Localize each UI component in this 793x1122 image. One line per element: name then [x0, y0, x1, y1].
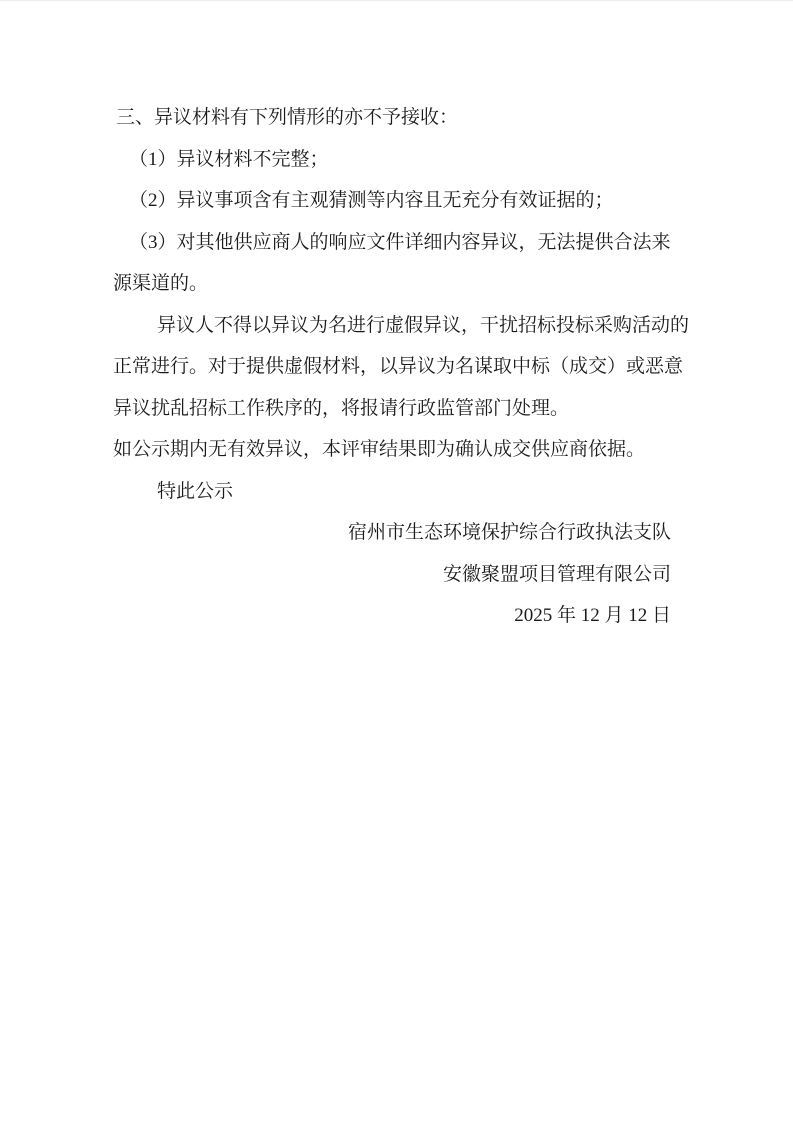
text-line-2: （1）异议材料不完整；	[113, 139, 678, 181]
text-line-9: 如公示期内无有效异议，本评审结果即为确认成交供应商依据。	[113, 429, 678, 471]
text-line-11: 宿州市生态环境保护综合行政执法支队	[113, 512, 678, 554]
document-page: 三、异议材料有下列情形的亦不予接收：（1）异议材料不完整；（2）异议事项含有主观…	[0, 0, 793, 1122]
text-line-3: （2）异议事项含有主观猜测等内容且无充分有效证据的；	[113, 180, 678, 222]
text-line-5: 源渠道的。	[113, 263, 678, 305]
text-line-4: （3）对其他供应商人的响应文件详细内容异议，无法提供合法来	[113, 222, 678, 264]
text-line-7: 正常进行。对于提供虚假材料，以异议为名谋取中标（成交）或恶意	[113, 346, 678, 388]
text-line-10: 特此公示	[113, 471, 678, 513]
text-line-1: 三、异议材料有下列情形的亦不予接收：	[113, 97, 678, 139]
document-text-block: 三、异议材料有下列情形的亦不予接收：（1）异议材料不完整；（2）异议事项含有主观…	[113, 97, 678, 637]
text-line-8: 异议扰乱招标工作秩序的，将报请行政监管部门处理。	[113, 388, 678, 430]
text-line-12: 安徽聚盟项目管理有限公司	[113, 554, 678, 596]
text-line-6: 异议人不得以异议为名进行虚假异议，干扰招标投标采购活动的	[113, 305, 678, 347]
text-line-13: 2025 年 12 月 12 日	[113, 595, 678, 637]
